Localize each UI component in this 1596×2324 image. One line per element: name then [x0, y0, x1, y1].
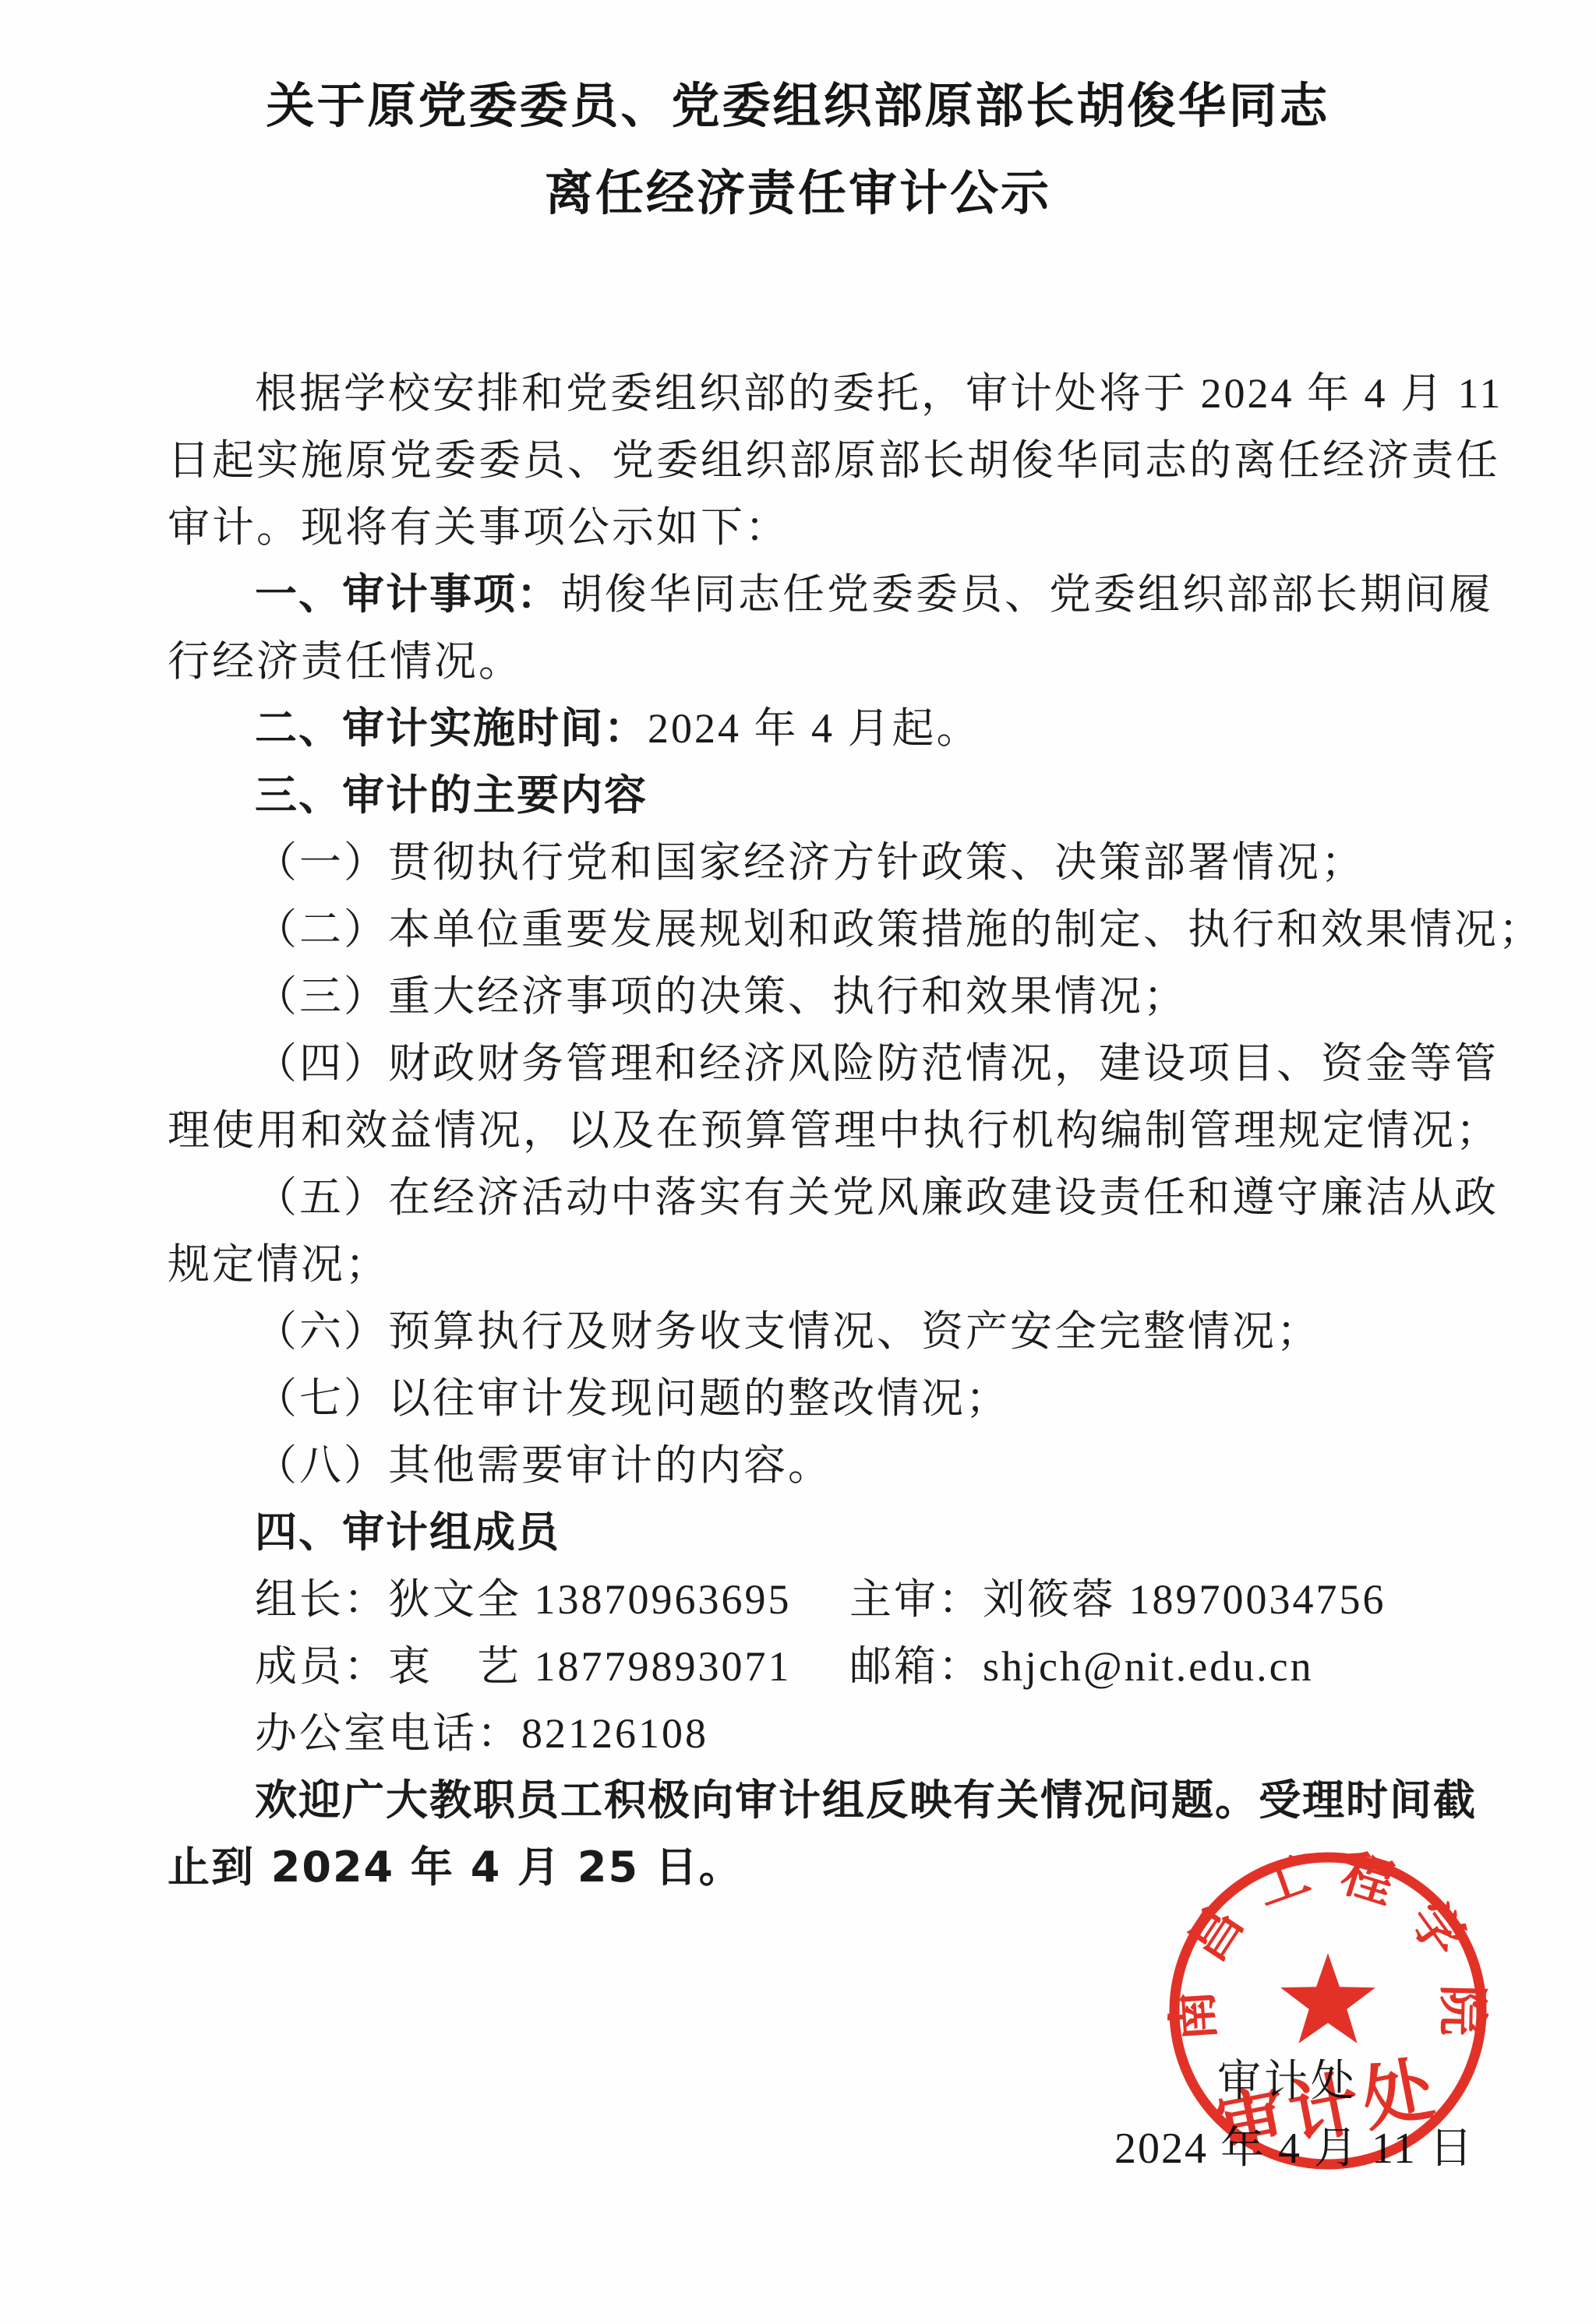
body-line: （四）财政财务管理和经济风险防范情况，建设项目、资金等管	[168, 1030, 1485, 1097]
section-heading: 一、审计事项：	[255, 570, 560, 619]
body-line: 三、审计的主要内容	[168, 762, 1485, 829]
body-line: 一、审计事项：胡俊华同志任党委委员、党委组织部部长期间履	[168, 561, 1485, 628]
body-line: 欢迎广大教职员工积极向审计组反映有关情况问题。受理时间截	[168, 1767, 1485, 1834]
document-title: 关于原党委委员、党委组织部原部长胡俊华同志 离任经济责任审计公示	[0, 62, 1596, 237]
body-line: （六）预算执行及财务收支情况、资产安全完整情况；	[168, 1298, 1485, 1365]
body-line: 理使用和效益情况，以及在预算管理中执行机构编制管理规定情况；	[168, 1097, 1485, 1164]
section-heading: 四、审计组成员	[255, 1508, 560, 1557]
team-member: 成员：衷 艺 18779893071	[255, 1643, 792, 1690]
seal-inner-text: 审计处	[1209, 2047, 1445, 2171]
body-line: （二）本单位重要发展规划和政策措施的制定、执行和效果情况；	[168, 896, 1485, 963]
body-line: （五）在经济活动中落实有关党风廉政建设责任和遵守廉洁从政	[168, 1164, 1485, 1231]
body-line: 二、审计实施时间：2024 年 4 月起。	[168, 695, 1485, 762]
star-icon	[1280, 1953, 1375, 2044]
body-line: （一）贯彻执行党和国家经济方针政策、决策部署情况；	[168, 829, 1485, 896]
team-leader-row: 组长：狄文全 13870963695主审：刘筱蓉 18970034756	[168, 1566, 1485, 1633]
office-phone: 办公室电话：82126108	[168, 1700, 1485, 1767]
document-body: 根据学校安排和党委组织部的委托，审计处将于 2024 年 4 月 11 日起实施…	[168, 360, 1485, 1901]
team-leader: 组长：狄文全 13870963695	[255, 1576, 792, 1623]
body-line: 日起实施原党委委员、党委组织部原部长胡俊华同志的离任经济责任	[168, 427, 1485, 494]
body-line: 行经济责任情况。	[168, 628, 1485, 695]
body-line: （八）其他需要审计的内容。	[168, 1432, 1485, 1499]
body-line: 根据学校安排和党委组织部的委托，审计处将于 2024 年 4 月 11	[168, 360, 1485, 427]
contact-email: 邮箱：shjch@nit.edu.cn	[849, 1633, 1314, 1700]
chief-auditor: 主审：刘筱蓉 18970034756	[849, 1566, 1386, 1633]
document-page: 关于原党委委员、党委组织部原部长胡俊华同志 离任经济责任审计公示 根据学校安排和…	[0, 0, 1596, 2324]
body-line: 规定情况；	[168, 1231, 1485, 1298]
title-line-2: 离任经济责任审计公示	[0, 150, 1596, 237]
body-line: 四、审计组成员	[168, 1499, 1485, 1566]
body-line: （三）重大经济事项的决策、执行和效果情况；	[168, 963, 1485, 1030]
official-seal: 南昌工程学院 审计处	[1164, 1847, 1492, 2174]
team-member-row: 成员：衷 艺 18779893071邮箱：shjch@nit.edu.cn	[168, 1633, 1485, 1700]
section-heading: 三、审计的主要内容	[255, 771, 648, 820]
title-line-1: 关于原党委委员、党委组织部原部长胡俊华同志	[0, 62, 1596, 150]
section-heading: 二、审计实施时间：	[255, 704, 648, 753]
body-line: 审计。现将有关事项公示如下：	[168, 494, 1485, 561]
body-line: （七）以往审计发现问题的整改情况；	[168, 1365, 1485, 1432]
